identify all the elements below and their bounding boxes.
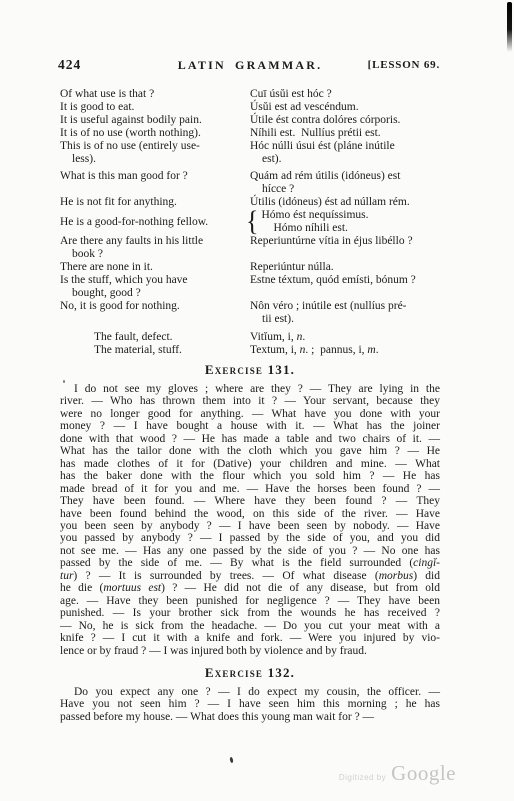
latin-phrase: Útile ést contra dolóres córporis. [250, 114, 440, 127]
text-line: No, it is good for nothing. [60, 300, 246, 313]
text-line: He is not fit for anything. [60, 196, 246, 209]
phrase-row: This is of no use (entirely use-less).Hó… [60, 140, 440, 166]
text-line: What is this man good for ? [60, 170, 246, 183]
text-line: knife ? — I cut it with a knife and fork… [60, 632, 440, 644]
english-phrase: There are none in it. [60, 261, 250, 274]
text-line: has the baker done with the flour which … [60, 470, 440, 482]
phrase-row: Is the stuff, which you havebought, good… [60, 274, 440, 300]
text-line: age. — Have they been punished for negli… [60, 595, 440, 607]
phrase-row: It is good to eat.Úsŭi est ad vescéndum. [60, 101, 440, 114]
text-line: bought, good ? [60, 287, 246, 300]
text-line: were no longer good for anything. — What… [60, 408, 440, 420]
text-line: passed before my house. — What does this… [60, 711, 440, 723]
english-phrase: It is useful against bodily pain. [60, 114, 250, 127]
watermark-google-logo: Google [391, 761, 456, 786]
brace-glyph: { [246, 209, 258, 235]
phrase-row: There are none in it.Reperiúntur núlla. [60, 261, 440, 274]
english-phrase: Is the stuff, which you havebought, good… [60, 274, 250, 300]
text-line: made bread of it for you and me. — Have … [60, 483, 440, 495]
text-line: The fault, defect. [94, 331, 246, 344]
english-phrase: The fault, defect. [60, 331, 250, 344]
english-phrase: It is of no use (worth nothing). [60, 127, 250, 140]
text-line: has made clothes of it for (Dative) your… [60, 458, 440, 470]
exercise-131-heading: Exercise 131. [60, 362, 440, 377]
english-phrase: No, it is good for nothing. [60, 300, 250, 313]
text-line: The material, stuff. [94, 344, 246, 357]
watermark-digitized-by: Digitized by [339, 773, 386, 782]
english-phrase: Of what use is that ? [60, 88, 250, 101]
ink-dot [63, 380, 65, 383]
watermark: Digitized by Google [339, 761, 456, 786]
latin-phrase: Útilis (idóneus) ést ad núllam rém. [250, 196, 440, 209]
text-line: It is of no use (worth nothing). [60, 127, 246, 140]
text-line: Is the stuff, which you have [60, 274, 246, 287]
english-phrase: This is of no use (entirely use-less). [60, 140, 250, 166]
latin-phrase: Textum, i, n. ; pannus, i, m. [250, 344, 440, 357]
text-line: Hómo ést nequíssimus. [261, 209, 440, 222]
text-line: — No, he is sick from the headache. — Do… [60, 620, 440, 632]
english-phrase: What is this man good for ? [60, 170, 250, 183]
running-title: LATIN GRAMMAR. [178, 58, 323, 73]
phrase-row: Of what use is that ?Cuī úsŭi est hóc ? [60, 88, 440, 101]
text-line: have been found behind the wood, on this… [60, 508, 440, 520]
phrase-row: No, it is good for nothing.Nôn véro ; in… [60, 300, 440, 326]
exercise-132-text: Do you expect any one ? — I do expect my… [60, 686, 440, 723]
text-line: They have been found. — Where have they … [60, 495, 440, 507]
text-line: There are none in it. [60, 261, 246, 274]
latin-phrase: Vitĭum, i, n. [250, 331, 440, 344]
text-line: Hóc núlli úsui ést (pláne inútile [250, 140, 440, 153]
latin-phrase: Estne téxtum, quód emísti, bónum ? [250, 274, 440, 287]
text-line: tur) ? — It is surrounded by trees. — Of… [60, 570, 440, 582]
text-line: Estne téxtum, quód emísti, bónum ? [250, 274, 440, 287]
phrase-row: The material, stuff.Textum, i, n. ; pann… [60, 344, 440, 357]
text-line: tii est). [250, 313, 440, 326]
text-line: Reperiuntúrne vítia in éjus libéllo ? [250, 235, 440, 248]
english-phrase: He is not fit for anything. [60, 196, 250, 209]
phrase-row: It is of no use (worth nothing).Níhili e… [60, 127, 440, 140]
latin-phrase: Hóc núlli úsui ést (pláne inútileest). [250, 140, 440, 166]
english-phrase: Are there any faults in his littlebook ? [60, 235, 250, 261]
latin-phrase: Reperiúntur núlla. [250, 261, 440, 274]
text-line: lence or by fraud ? — I was injured both… [60, 645, 440, 657]
text-line: Quám ad rém útilis (idóneus) est [250, 170, 440, 183]
text-line: Nôn véro ; inútile est (nullíus pré- [250, 300, 440, 313]
latin-phrase: Reperiuntúrne vítia in éjus libéllo ? [250, 235, 440, 248]
text-line: hícce ? [250, 183, 440, 196]
latin-phrase: Nôn véro ; inútile est (nullíus pré-tii … [250, 300, 440, 326]
latin-phrase: Úsŭi est ad vescéndum. [250, 101, 440, 114]
text-line: This is of no use (entirely use- [60, 140, 246, 153]
phrase-table: Of what use is that ?Cuī úsŭi est hóc ?I… [60, 88, 440, 357]
text-line: Níhili est. Nullíus prétii est. [250, 127, 440, 140]
text-line: you passed by anybody ? — I passed by th… [60, 532, 440, 544]
text-line: less). [60, 153, 246, 166]
text-line: Do you expect any one ? — I do expect my… [60, 686, 440, 698]
text-line: It is good to eat. [60, 101, 246, 114]
text-line: Útile ést contra dolóres córporis. [250, 114, 440, 127]
scan-artifact-streak [507, 2, 512, 52]
text-line: Textum, i, n. ; pannus, i, m. [250, 344, 440, 357]
text-line: Of what use is that ? [60, 88, 246, 101]
latin-phrase: Cuī úsŭi est hóc ? [250, 88, 440, 101]
lesson-label: [LESSON 69. [368, 59, 440, 71]
page-number: 424 [58, 57, 81, 73]
text-line: Are there any faults in his little [60, 235, 246, 248]
ink-speck [229, 757, 233, 763]
text-line: I do not see my gloves ; where are they … [60, 383, 440, 395]
latin-phrase: Hómo ést nequíssimus.Hómo níhili est. [261, 209, 440, 235]
text-line: you been seen by anybody ? — I have been… [60, 520, 440, 532]
text-line: book ? [60, 248, 246, 261]
text-line: He is a good-for-nothing fellow. [60, 216, 242, 229]
english-phrase: He is a good-for-nothing fellow. [60, 216, 246, 229]
phrase-row: The fault, defect.Vitĭum, i, n. [60, 331, 440, 344]
text-line: river. — Who has thrown them into it ? —… [60, 395, 440, 407]
text-line: he die (mortuus est) ? — He did not die … [60, 582, 440, 594]
text-line: Útilis (idóneus) ést ad núllam rém. [250, 196, 440, 209]
text-line: Vitĭum, i, n. [250, 331, 440, 344]
text-line: punished. — Is your brother sick from th… [60, 607, 440, 619]
text-line: It is useful against bodily pain. [60, 114, 246, 127]
english-phrase: It is good to eat. [60, 101, 250, 114]
latin-phrase: Quám ad rém útilis (idóneus) esthícce ? [250, 170, 440, 196]
text-line: Have you not seen him ? — I have seen hi… [60, 698, 440, 710]
exercise-132-heading: Exercise 132. [60, 665, 440, 680]
text-line: What has the tailor done with the cloth … [60, 445, 440, 457]
phrase-row: It is useful against bodily pain.Útile é… [60, 114, 440, 127]
text-line: est). [250, 153, 440, 166]
text-line: Reperiúntur núlla. [250, 261, 440, 274]
text-line: Úsŭi est ad vescéndum. [250, 101, 440, 114]
text-line: Hómo níhili est. [261, 222, 440, 235]
phrase-row: Are there any faults in his littlebook ?… [60, 235, 440, 261]
text-line: money ? — I have bought a house with it.… [60, 420, 440, 432]
text-line: done with that wood ? — He has made a ta… [60, 433, 440, 445]
latin-phrase: Níhili est. Nullíus prétii est. [250, 127, 440, 140]
text-line: not see me. — Has any one passed by the … [60, 545, 440, 557]
page-header: 424 LATIN GRAMMAR. [LESSON 69. [60, 57, 440, 71]
page-content: 424 LATIN GRAMMAR. [LESSON 69. Of what u… [60, 57, 440, 723]
phrase-row: He is a good-for-nothing fellow.{Hómo és… [60, 209, 440, 235]
english-phrase: The material, stuff. [60, 344, 250, 357]
exercise-131-text: I do not see my gloves ; where are they … [60, 383, 440, 657]
text-line: Cuī úsŭi est hóc ? [250, 88, 440, 101]
text-line: passed by the side of me. — By what is t… [60, 557, 440, 569]
phrase-row: What is this man good for ?Quám ad rém ú… [60, 170, 440, 196]
